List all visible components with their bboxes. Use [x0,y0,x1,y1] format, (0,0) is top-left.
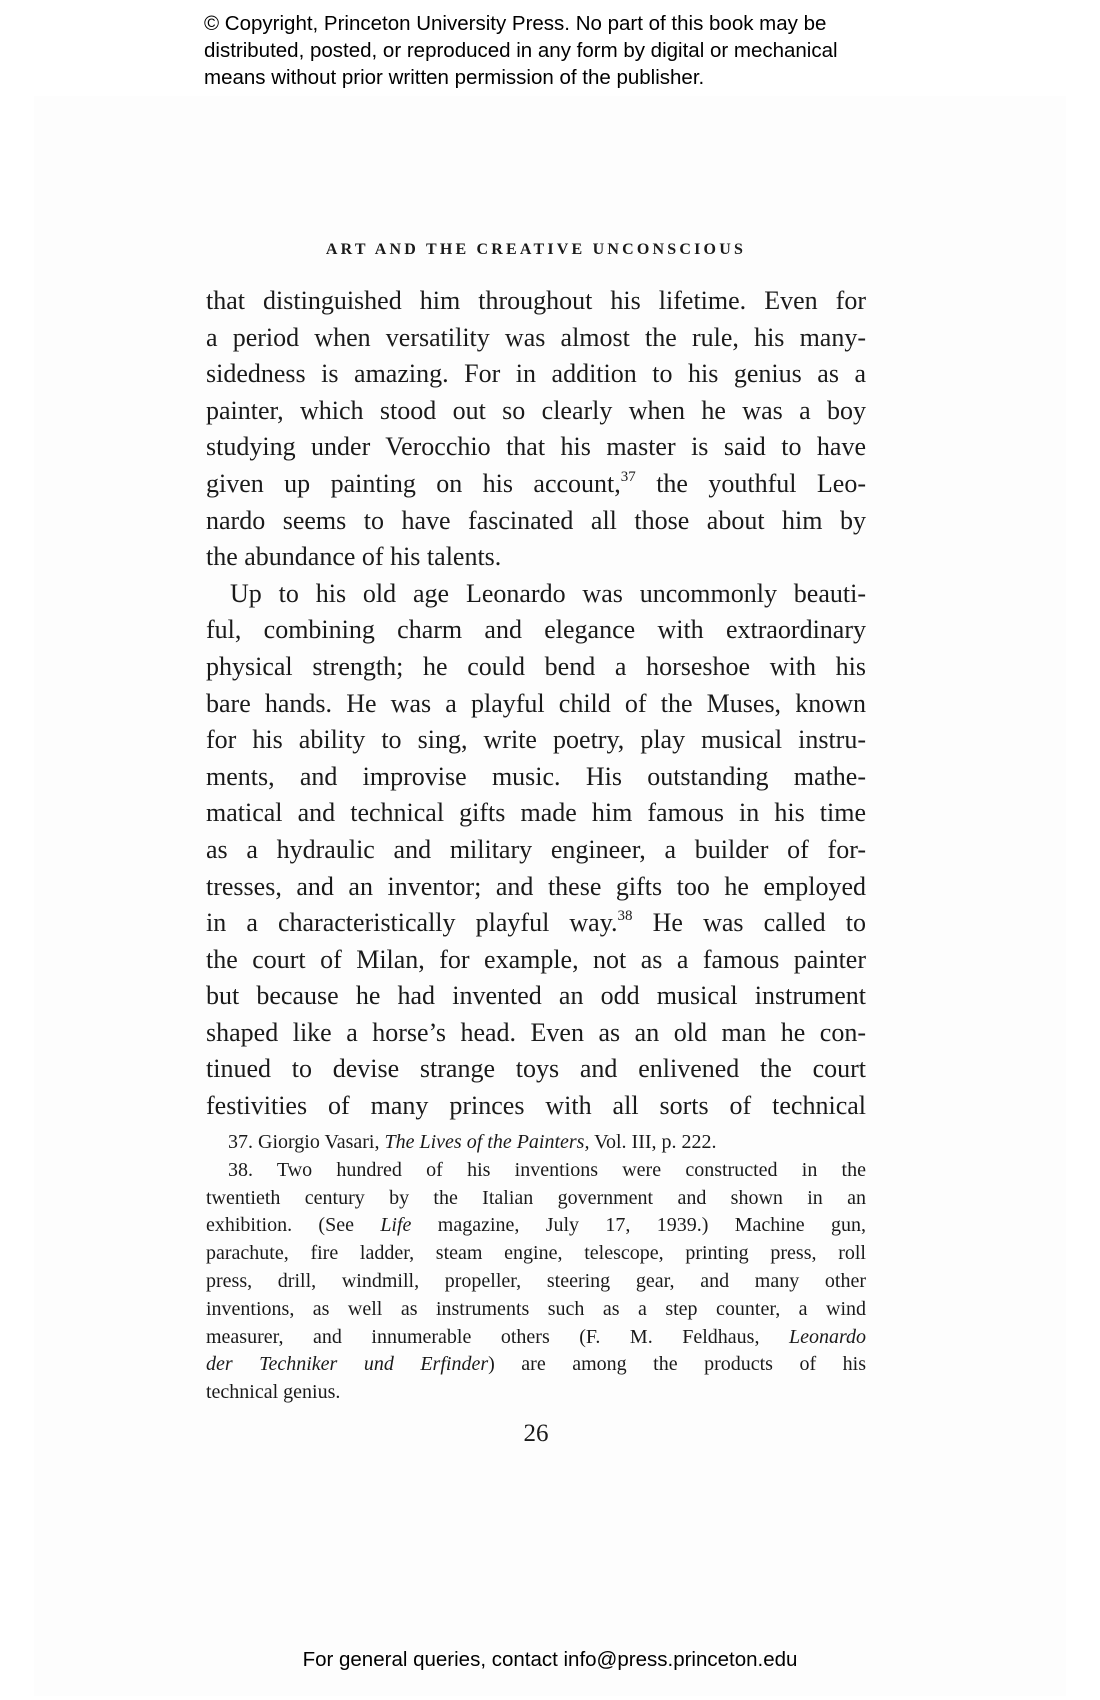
text-line: tresses, and an inventor; and these gift… [206,869,866,906]
footnote-text: exhibition. (See [206,1214,380,1236]
footnote-38-line: der Techniker und Erfinder) are among th… [206,1351,866,1379]
footnote-38-line: measurer, and innumerable others (F. M. … [206,1324,866,1352]
footer-contact: For general queries, contact info@press.… [0,1648,1100,1672]
copyright-notice: © Copyright, Princeton University Press.… [204,10,924,91]
footnotes: 37. Giorgio Vasari, The Lives of the Pai… [206,1129,866,1407]
text-line: the abundance of his talents. [206,539,866,576]
copyright-line: means without prior written permission o… [204,64,924,91]
text-line: but because he had invented an odd music… [206,978,866,1015]
footnote-text: ) are among the products of his [488,1353,866,1375]
running-head: ART AND THE CREATIVE UNCONSCIOUS [206,241,866,259]
text-line: nardo seems to have fascinated all those… [206,503,866,540]
text-line: bare hands. He was a playful child of th… [206,686,866,723]
text-segment: given up painting on his account, [206,469,621,498]
footnote-38-line: press, drill, windmill, propeller, steer… [206,1268,866,1296]
text-line: given up painting on his account,37 the … [206,466,866,503]
text-line: physical strength; he could bend a horse… [206,649,866,686]
footnote-text: Vol. III, p. 222. [589,1131,716,1153]
magazine-title: Life [380,1214,411,1236]
text-line: as a hydraulic and military engineer, a … [206,832,866,869]
text-line: ments, and improvise music. His outstand… [206,759,866,796]
page-number: 26 [206,1420,866,1448]
body-text: that distinguished him throughout his li… [206,283,866,1125]
text-line: ful, combining charm and elegance with e… [206,612,866,649]
footnote-number: 37. [228,1131,253,1153]
text-line: studying under Verocchio that his master… [206,429,866,466]
footnote-38-line: exhibition. (See Life magazine, July 17,… [206,1212,866,1240]
footnote-38-line: inventions, as well as instruments such … [206,1296,866,1324]
text-line: in a characteristically playful way.38 H… [206,905,866,942]
footnote-38-line: parachute, fire ladder, steam engine, te… [206,1240,866,1268]
text-line: Up to his old age Leonardo was uncommonl… [206,576,866,613]
footnote-37: 37. Giorgio Vasari, The Lives of the Pai… [206,1129,866,1157]
copyright-line: © Copyright, Princeton University Press.… [204,10,924,37]
text-line: for his ability to sing, write poetry, p… [206,722,866,759]
text-segment: in a characteristically playful way. [206,908,618,937]
text-segment: the youthful Leo- [636,469,866,498]
footnote-38-line: twentieth century by the Italian governm… [206,1185,866,1213]
footnote-text: Giorgio Vasari, [253,1131,384,1153]
text-line: the court of Milan, for example, not as … [206,942,866,979]
footnote-text: magazine, July 17, 1939.) Machine gun, [411,1214,866,1236]
text-line: that distinguished him throughout his li… [206,283,866,320]
text-line: matical and technical gifts made him fam… [206,795,866,832]
footnote-ref-37[interactable]: 37 [621,469,636,485]
text-line: tinued to devise strange toys and enlive… [206,1051,866,1088]
text-line: a period when versatility was almost the… [206,320,866,357]
text-line: sidedness is amazing. For in addition to… [206,356,866,393]
text-line: shaped like a horse’s head. Even as an o… [206,1015,866,1052]
footnote-text: measurer, and innumerable others (F. M. … [206,1326,789,1348]
copyright-line: distributed, posted, or reproduced in an… [204,37,924,64]
footnote-38-line: 38. Two hundred of his inventions were c… [206,1157,866,1185]
book-title: der Techniker und Erfinder [206,1353,488,1375]
footnote-38-line: technical genius. [206,1379,866,1407]
book-title: The Lives of the Painters, [384,1131,589,1153]
text-segment: He was called to [633,908,866,937]
footnote-ref-38[interactable]: 38 [618,908,633,924]
text-line: painter, which stood out so clearly when… [206,393,866,430]
text-line: festivities of many princes with all sor… [206,1088,866,1125]
book-title: Leonardo [789,1326,866,1348]
